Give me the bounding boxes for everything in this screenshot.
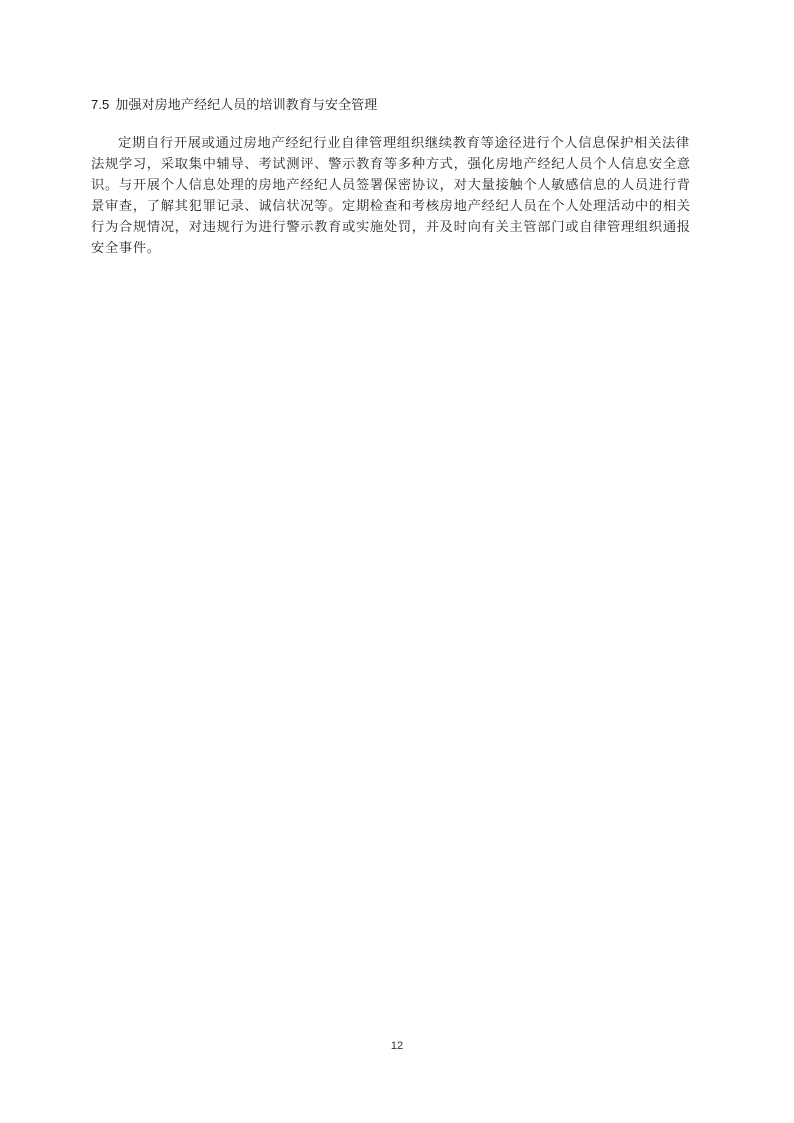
paragraph-line: 景审查，了解其犯罪记录、诚信状况等。定期检查和考核房地产经纪人员在个人处理活动中… (91, 197, 705, 218)
paragraph-line: 识。与开展个人信息处理的房地产经纪人员签署保密协议，对大量接触个人敏感信息的人员… (91, 176, 705, 197)
paragraph-line: 行为合规情况，对违规行为进行警示教育或实施处罚，并及时向有关主管部门或自律管理组… (91, 218, 705, 239)
paragraph-line: 法规学习，采取集中辅导、考试测评、警示教育等多种方式，强化房地产经纪人员个人信息… (91, 155, 705, 176)
body-paragraph: 定期自行开展或通过房地产经纪行业自律管理组织继续教育等途径进行个人信息保护相关法… (91, 134, 705, 259)
page-number: 12 (0, 1040, 794, 1052)
paragraph-line: 安全事件。 (91, 239, 705, 260)
section-heading: 7.5加强对房地产经纪人员的培训教育与安全管理 (91, 96, 377, 115)
document-page: 7.5加强对房地产经纪人员的培训教育与安全管理 定期自行开展或通过房地产经纪行业… (0, 0, 794, 1123)
section-number: 7.5 (91, 97, 109, 112)
paragraph-line: 定期自行开展或通过房地产经纪行业自律管理组织继续教育等途径进行个人信息保护相关法… (91, 134, 705, 155)
section-title: 加强对房地产经纪人员的培训教育与安全管理 (115, 98, 377, 113)
